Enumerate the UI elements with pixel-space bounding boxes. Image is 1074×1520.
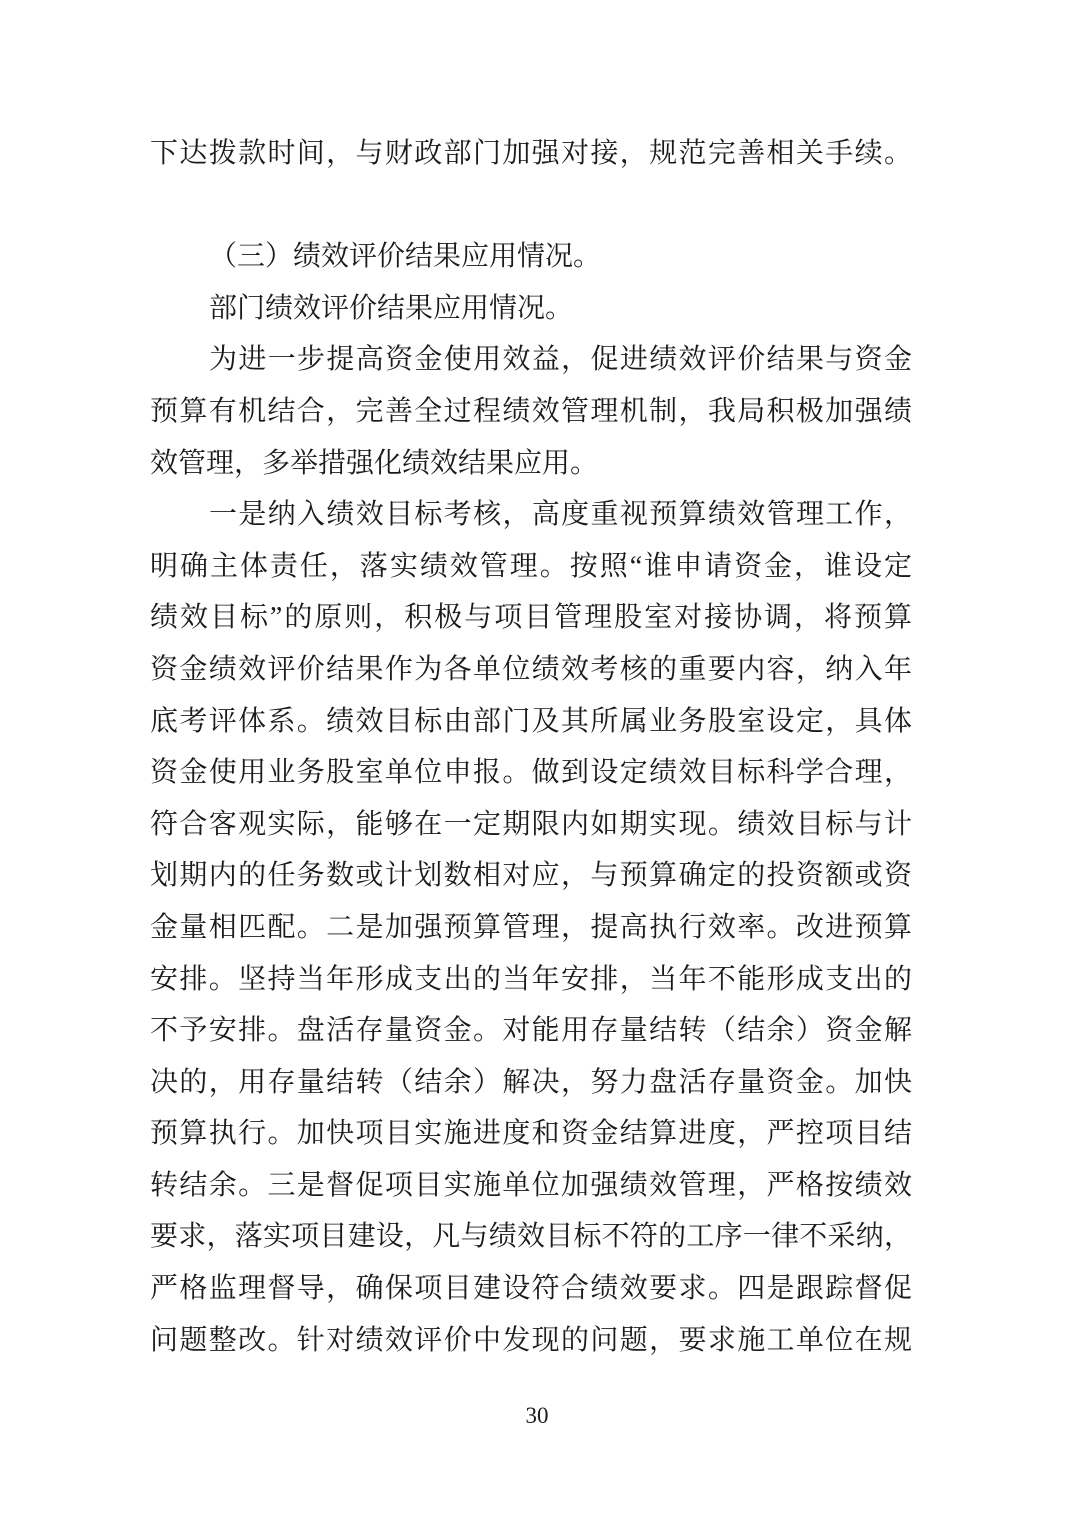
text-line: 符合客观实际，能够在一定期限内如期实现。绩效目标与计 xyxy=(150,799,912,851)
text-line: 效管理，多举措强化绩效结果应用。 xyxy=(150,438,912,490)
page-number: 30 xyxy=(0,1400,1074,1432)
text-line: 资金绩效评价结果作为各单位绩效考核的重要内容，纳入年 xyxy=(150,644,912,696)
text-line: 划期内的任务数或计划数相对应，与预算确定的投资额或资 xyxy=(150,850,912,902)
text-line: 决的，用存量结转（结余）解决，努力盘活存量资金。加快 xyxy=(150,1057,912,1109)
text-line: 金量相匹配。二是加强预算管理，提高执行效率。改进预算 xyxy=(150,902,912,954)
text-line: 下达拨款时间，与财政部门加强对接，规范完善相关手续。 xyxy=(150,128,912,180)
text-line: 资金使用业务股室单位申报。做到设定绩效目标科学合理， xyxy=(150,747,912,799)
text-line: 部门绩效评价结果应用情况。 xyxy=(150,283,912,335)
text-line: 问题整改。针对绩效评价中发现的问题，要求施工单位在规 xyxy=(150,1315,912,1367)
text-line: 绩效目标”的原则，积极与项目管理股室对接协调，将预算 xyxy=(150,592,912,644)
text-line: 不予安排。盘活存量资金。对能用存量结转（结余）资金解 xyxy=(150,1005,912,1057)
blank-line xyxy=(150,180,912,232)
text-line: 一是纳入绩效目标考核，高度重视预算绩效管理工作， xyxy=(150,489,912,541)
text-line: 明确主体责任，落实绩效管理。按照“谁申请资金，谁设定 xyxy=(150,541,912,593)
text-area: 下达拨款时间，与财政部门加强对接，规范完善相关手续。（三）绩效评价结果应用情况。… xyxy=(150,128,912,1366)
text-line: 要求，落实项目建设，凡与绩效目标不符的工序一律不采纳， xyxy=(150,1211,912,1263)
text-line: 底考评体系。绩效目标由部门及其所属业务股室设定，具体 xyxy=(150,696,912,748)
document-page: 下达拨款时间，与财政部门加强对接，规范完善相关手续。（三）绩效评价结果应用情况。… xyxy=(0,0,1074,1520)
section-heading: （三）绩效评价结果应用情况。 xyxy=(150,231,912,283)
text-line: 预算执行。加快项目实施进度和资金结算进度，严控项目结 xyxy=(150,1108,912,1160)
text-line: 为进一步提高资金使用效益，促进绩效评价结果与资金 xyxy=(150,334,912,386)
text-line: 预算有机结合，完善全过程绩效管理机制，我局积极加强绩 xyxy=(150,386,912,438)
text-line: 转结余。三是督促项目实施单位加强绩效管理，严格按绩效 xyxy=(150,1160,912,1212)
text-line: 安排。坚持当年形成支出的当年安排，当年不能形成支出的 xyxy=(150,954,912,1006)
text-line: 严格监理督导，确保项目建设符合绩效要求。四是跟踪督促 xyxy=(150,1263,912,1315)
